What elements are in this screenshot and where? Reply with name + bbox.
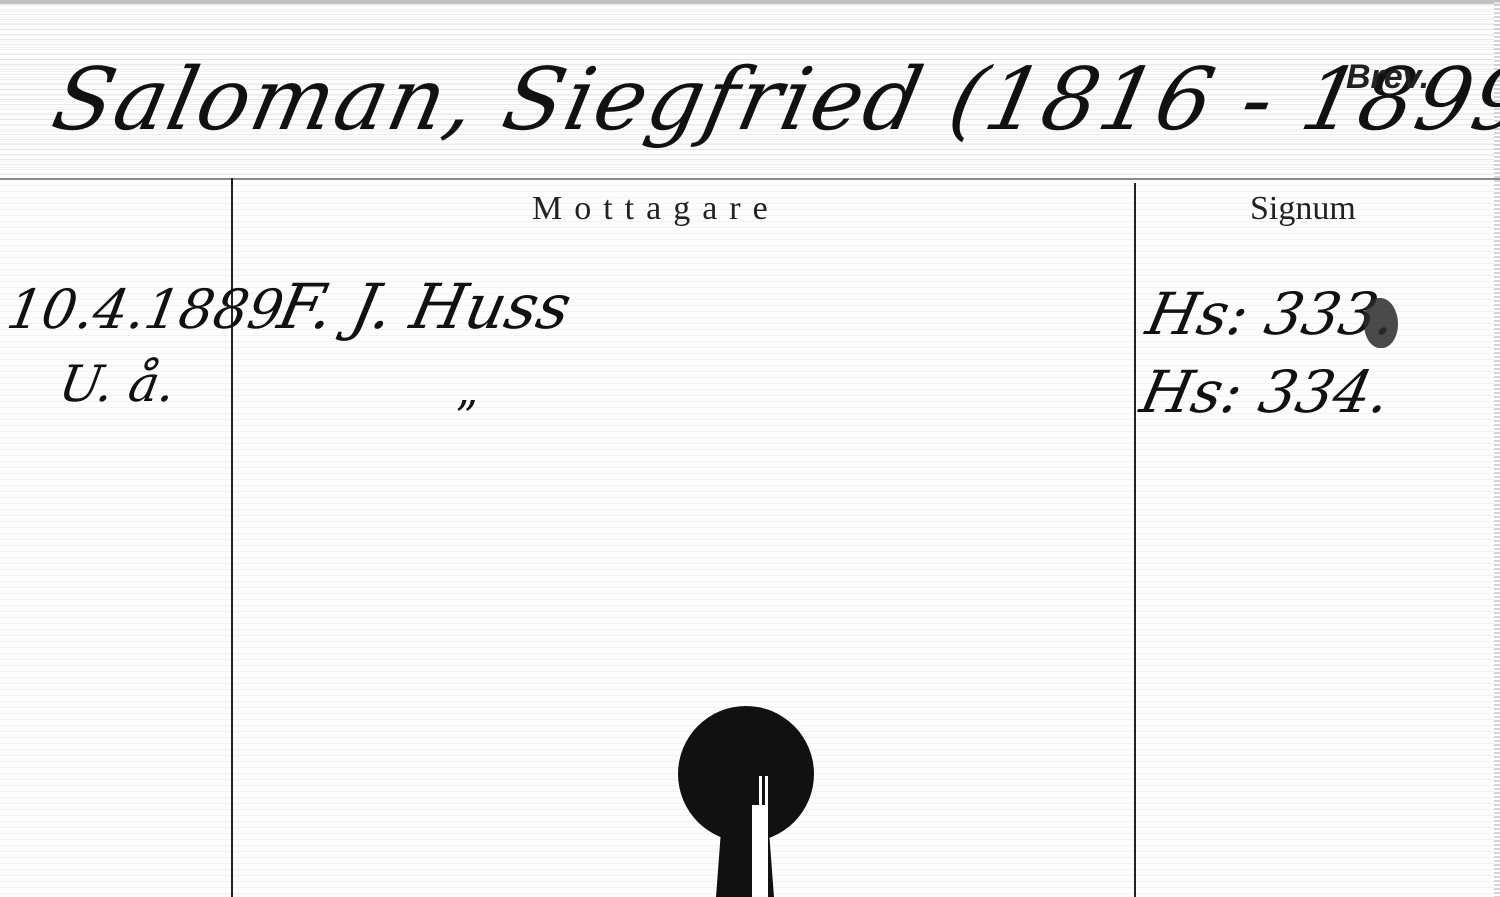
recipient-column-header: Mottagare [532, 190, 780, 228]
punch-slot [765, 776, 768, 897]
ditto-mark: ” [455, 392, 478, 443]
punch-slot [759, 776, 762, 806]
person-name-heading: Saloman, Siegfried (1816 - 1899) [44, 50, 1500, 150]
ink-smudge [1364, 298, 1398, 348]
category-label: Brev. [1346, 58, 1429, 97]
signum-column-divider [1134, 183, 1136, 897]
punch-slot [752, 805, 766, 897]
archive-index-card: Saloman, Siegfried (1816 - 1899) Brev. M… [0, 0, 1500, 897]
entry-date: 10.4.1889 [2, 278, 288, 341]
header-divider [0, 178, 1500, 180]
signum-column-header: Signum [1250, 190, 1356, 228]
entry-recipient: F. J. Huss [272, 270, 577, 343]
entry-signum: Hs: 334. [1135, 358, 1397, 426]
entry-date: U. å. [55, 355, 180, 413]
card-top-edge [0, 0, 1500, 4]
